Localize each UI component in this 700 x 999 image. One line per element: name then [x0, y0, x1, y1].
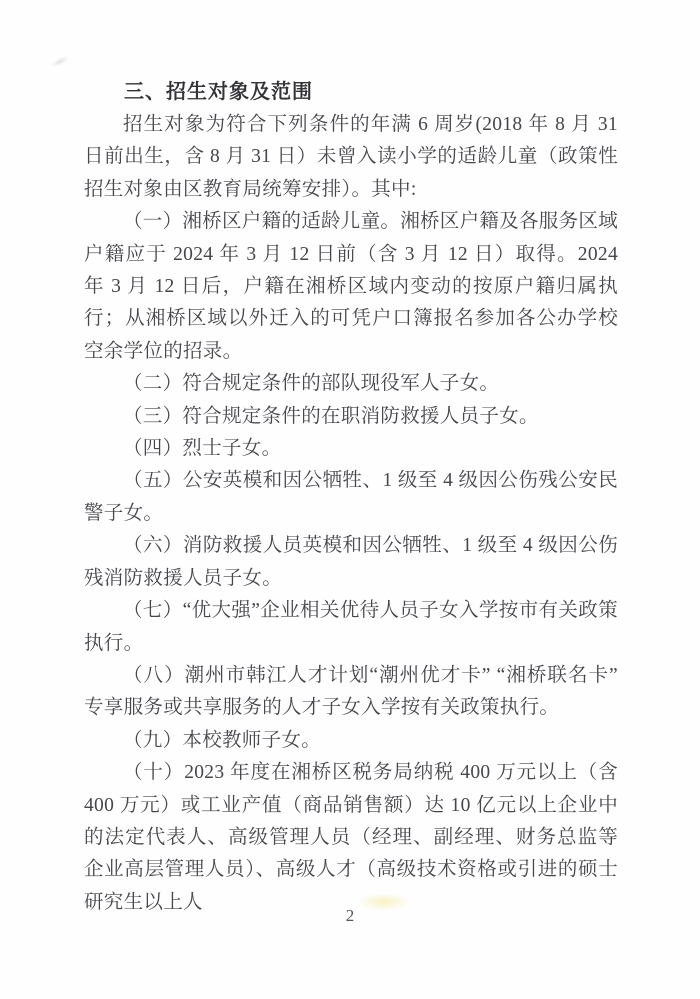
document-page: 三、招生对象及范围 招生对象为符合下列条件的年满 6 周岁(2018 年 8 月…	[0, 0, 700, 999]
paragraph-item-2: （二）符合规定条件的部队现役军人子女。	[84, 368, 618, 400]
paragraph-item-3: （三）符合规定条件的在职消防救援人员子女。	[84, 401, 618, 433]
paragraph-item-7: （七）“优大强”企业相关优待人员子女入学按市有关政策执行。	[84, 595, 618, 660]
paragraph-item-9: （九）本校教师子女。	[84, 725, 618, 757]
paragraph-item-10: （十）2023 年度在湘桥区税务局纳税 400 万元以上（含 400 万元）或工…	[84, 757, 618, 919]
paragraph-item-5: （五）公安英模和因公牺牲、1 级至 4 级因公伤残公安民警子女。	[84, 465, 618, 530]
paragraph-item-8: （八）潮州市韩江人才计划“潮州优才卡” “湘桥联名卡”专享服务或共享服务的人才子…	[84, 660, 618, 725]
page-number: 2	[0, 906, 700, 926]
section-heading: 三、招生对象及范围	[84, 76, 618, 109]
paragraph-item-6: （六）消防救援人员英模和因公牺牲、1 级至 4 级因公伤残消防救援人员子女。	[84, 530, 618, 595]
scan-artifact-mark	[49, 54, 70, 69]
paragraph-item-4: （四）烈士子女。	[84, 433, 618, 465]
paragraph-item-1: （一）湘桥区户籍的适龄儿童。湘桥区户籍及各服务区域户籍应于 2024 年 3 月…	[84, 206, 618, 368]
document-content: 三、招生对象及范围 招生对象为符合下列条件的年满 6 周岁(2018 年 8 月…	[84, 76, 618, 919]
paragraph-intro: 招生对象为符合下列条件的年满 6 周岁(2018 年 8 月 31 日前出生，含…	[84, 109, 618, 206]
